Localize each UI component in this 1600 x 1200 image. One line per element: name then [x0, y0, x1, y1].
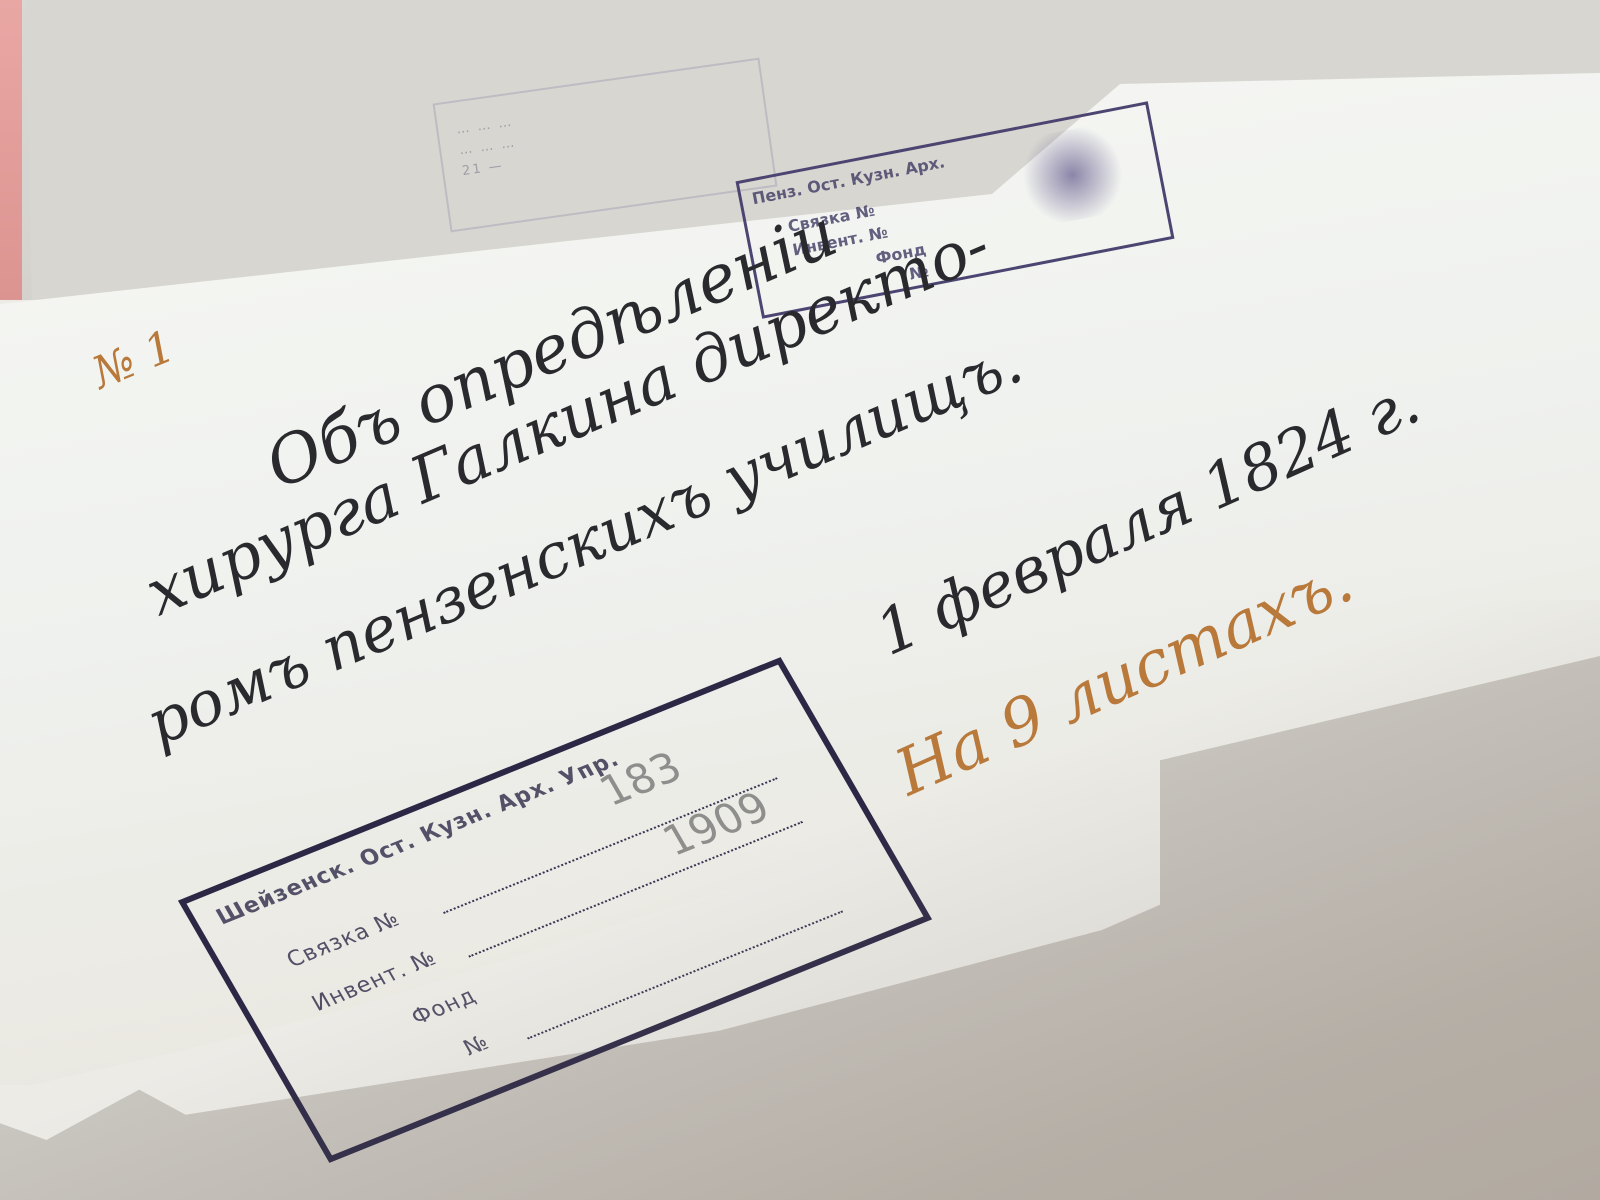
pencil-number-1909: 1909	[654, 782, 778, 865]
ink-blot	[1010, 120, 1135, 229]
